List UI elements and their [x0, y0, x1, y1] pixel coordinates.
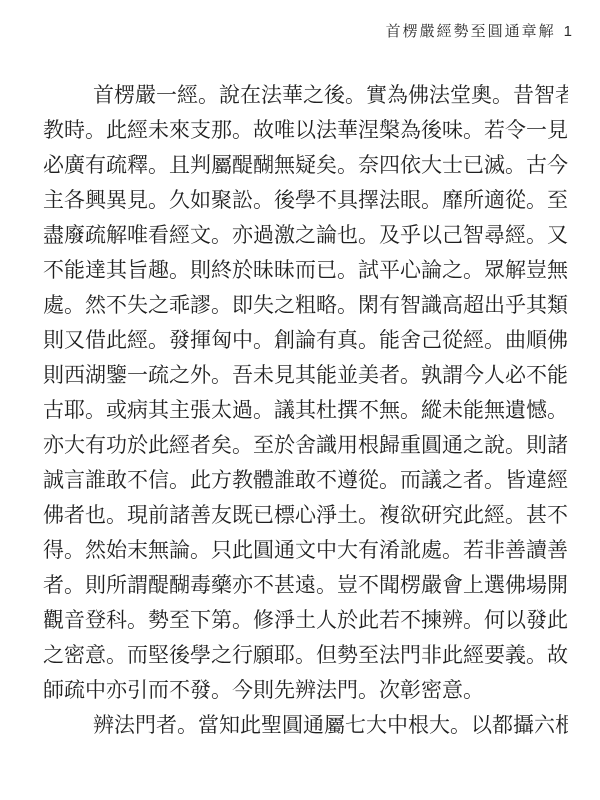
text-line: 不能達其旨趣。則終於昧昧而已。試平心論之。眾解豈無長	[43, 253, 568, 288]
text-line: 教時。此經未來支那。故唯以法華涅槃為後味。若令一見。	[43, 113, 568, 148]
page-header-title: 首楞嚴經勢至圓通章解	[386, 20, 556, 41]
text-line: 必廣有疏釋。且判屬醍醐無疑矣。奈四依大士已滅。古今疏	[43, 148, 568, 183]
text-line: 則又借此經。發揮匈中。創論有真。能舍己從經。曲順佛意。	[43, 323, 568, 358]
text-line: 觀音登科。勢至下第。修淨土人於此若不揀辨。何以發此經	[43, 603, 568, 638]
text-line: 首楞嚴一經。說在法華之後。實為佛法堂奧。昔智者判	[43, 78, 568, 113]
text-line: 盡廢疏解唯看經文。亦過激之論也。及乎以己智尋經。又多	[43, 218, 568, 253]
text-line: 誠言誰敢不信。此方教體誰敢不遵從。而議之者。皆違經抗	[43, 463, 568, 498]
text-line: 亦大有功於此經者矣。至於舍識用根歸重圓通之說。則諸佛	[43, 428, 568, 463]
page-header: 首楞嚴經勢至圓通章解 1	[386, 20, 572, 41]
text-line: 則西湖鑒一疏之外。吾未見其能並美者。孰謂今人必不能邁	[43, 358, 568, 393]
text-line: 者。則所謂醍醐毒藥亦不甚遠。豈不聞楞嚴會上選佛場開。	[43, 568, 568, 603]
document-page: 首楞嚴經勢至圓通章解 1 首楞嚴一經。說在法華之後。實為佛法堂奧。昔智者判 教時…	[0, 0, 600, 800]
text-line: 得。然始末無論。只此圓通文中大有淆訛處。若非善讀善會	[43, 533, 568, 568]
text-line: 師疏中亦引而不發。今則先辨法門。次彰密意。	[43, 673, 568, 708]
text-line: 辨法門者。當知此聖圓通屬七大中根大。以都攝六根	[43, 708, 568, 743]
document-body: 首楞嚴一經。說在法華之後。實為佛法堂奧。昔智者判 教時。此經未來支那。故唯以法華…	[43, 78, 568, 743]
text-line: 主各興異見。久如聚訟。後學不具擇法眼。靡所適從。至欲	[43, 183, 568, 218]
text-line: 之密意。而堅後學之行願耶。但勢至法門非此經要義。故鑒	[43, 638, 568, 673]
text-line: 處。然不失之乖謬。即失之粗略。閑有智識高超出乎其類者。	[43, 288, 568, 323]
page-number: 1	[564, 23, 572, 40]
text-line: 佛者也。現前諸善友既已標心淨土。複欲研究此經。甚不易	[43, 498, 568, 533]
text-line: 古耶。或病其主張太過。議其杜撰不無。縱未能無遺憾。要	[43, 393, 568, 428]
